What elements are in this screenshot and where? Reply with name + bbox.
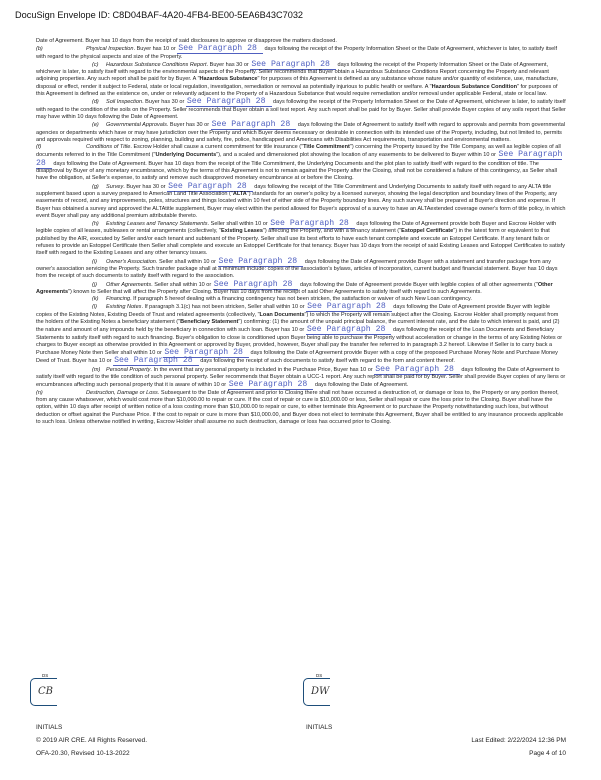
last-edited: Last Edited: 2/22/2024 12:36 PM xyxy=(471,737,566,744)
document-page: Date of Agreement. Buyer has 10 days fro… xyxy=(36,38,566,426)
page-number: Page 4 of 10 xyxy=(529,750,566,757)
paragraph-l: (l)Existing Notes. If paragraph 3.1(c) h… xyxy=(36,303,566,365)
initials-box-buyer[interactable]: DS CB xyxy=(30,678,70,708)
copyright: © 2019 AIR CRE. All Rights Reserved. xyxy=(36,737,147,744)
paragraph-b: (b)Physical Inspection. Buyer has 10 or … xyxy=(36,45,566,61)
paragraph-g: (g)Survey. Buyer has 30 or See Paragraph… xyxy=(36,183,566,220)
paragraph-j: (j)Other Agreements. Seller shall within… xyxy=(36,281,566,297)
paragraph-intro: Date of Agreement. Buyer has 10 days fro… xyxy=(36,38,566,45)
initials-label-buyer: INITIALS xyxy=(36,724,62,731)
paragraph-h: (h)Existing Leases and Tenancy Statement… xyxy=(36,220,566,257)
form-id: OFA-20.30, Revised 10-13-2022 xyxy=(36,750,130,757)
paragraph-k: (k)Financing. If paragraph 5 hereof deal… xyxy=(36,296,566,303)
initials-signature: CB xyxy=(38,686,53,697)
paragraph-i: (i)Owner's Association. Seller shall wit… xyxy=(36,258,566,281)
initials-label-seller: INITIALS xyxy=(306,724,332,731)
paragraph-m: (m)Personal Property. In the event that … xyxy=(36,366,566,390)
paragraph-e: (e)Governmental Approvals. Buyer has 30 … xyxy=(36,121,566,144)
paragraph-c: (c)Hazardous Substance Conditions Report… xyxy=(36,61,566,98)
paragraph-d: (d)Soil Inspection. Buyer has 30 or See … xyxy=(36,98,566,121)
paragraph-f: (f)Conditions of Title. Escrow Holder sh… xyxy=(36,144,566,182)
paragraph-n: (n)Destruction, Damage or Loss. Subseque… xyxy=(36,390,566,426)
initials-box-seller[interactable]: DS DW xyxy=(303,678,343,708)
fill-field[interactable]: See Paragraph 28 xyxy=(177,44,263,54)
envelope-id: DocuSign Envelope ID: C8D04BAF-4A20-4FB4… xyxy=(15,10,303,20)
fill-field[interactable]: See Paragraph 28 xyxy=(113,356,199,366)
initials-signature: DW xyxy=(311,686,329,697)
